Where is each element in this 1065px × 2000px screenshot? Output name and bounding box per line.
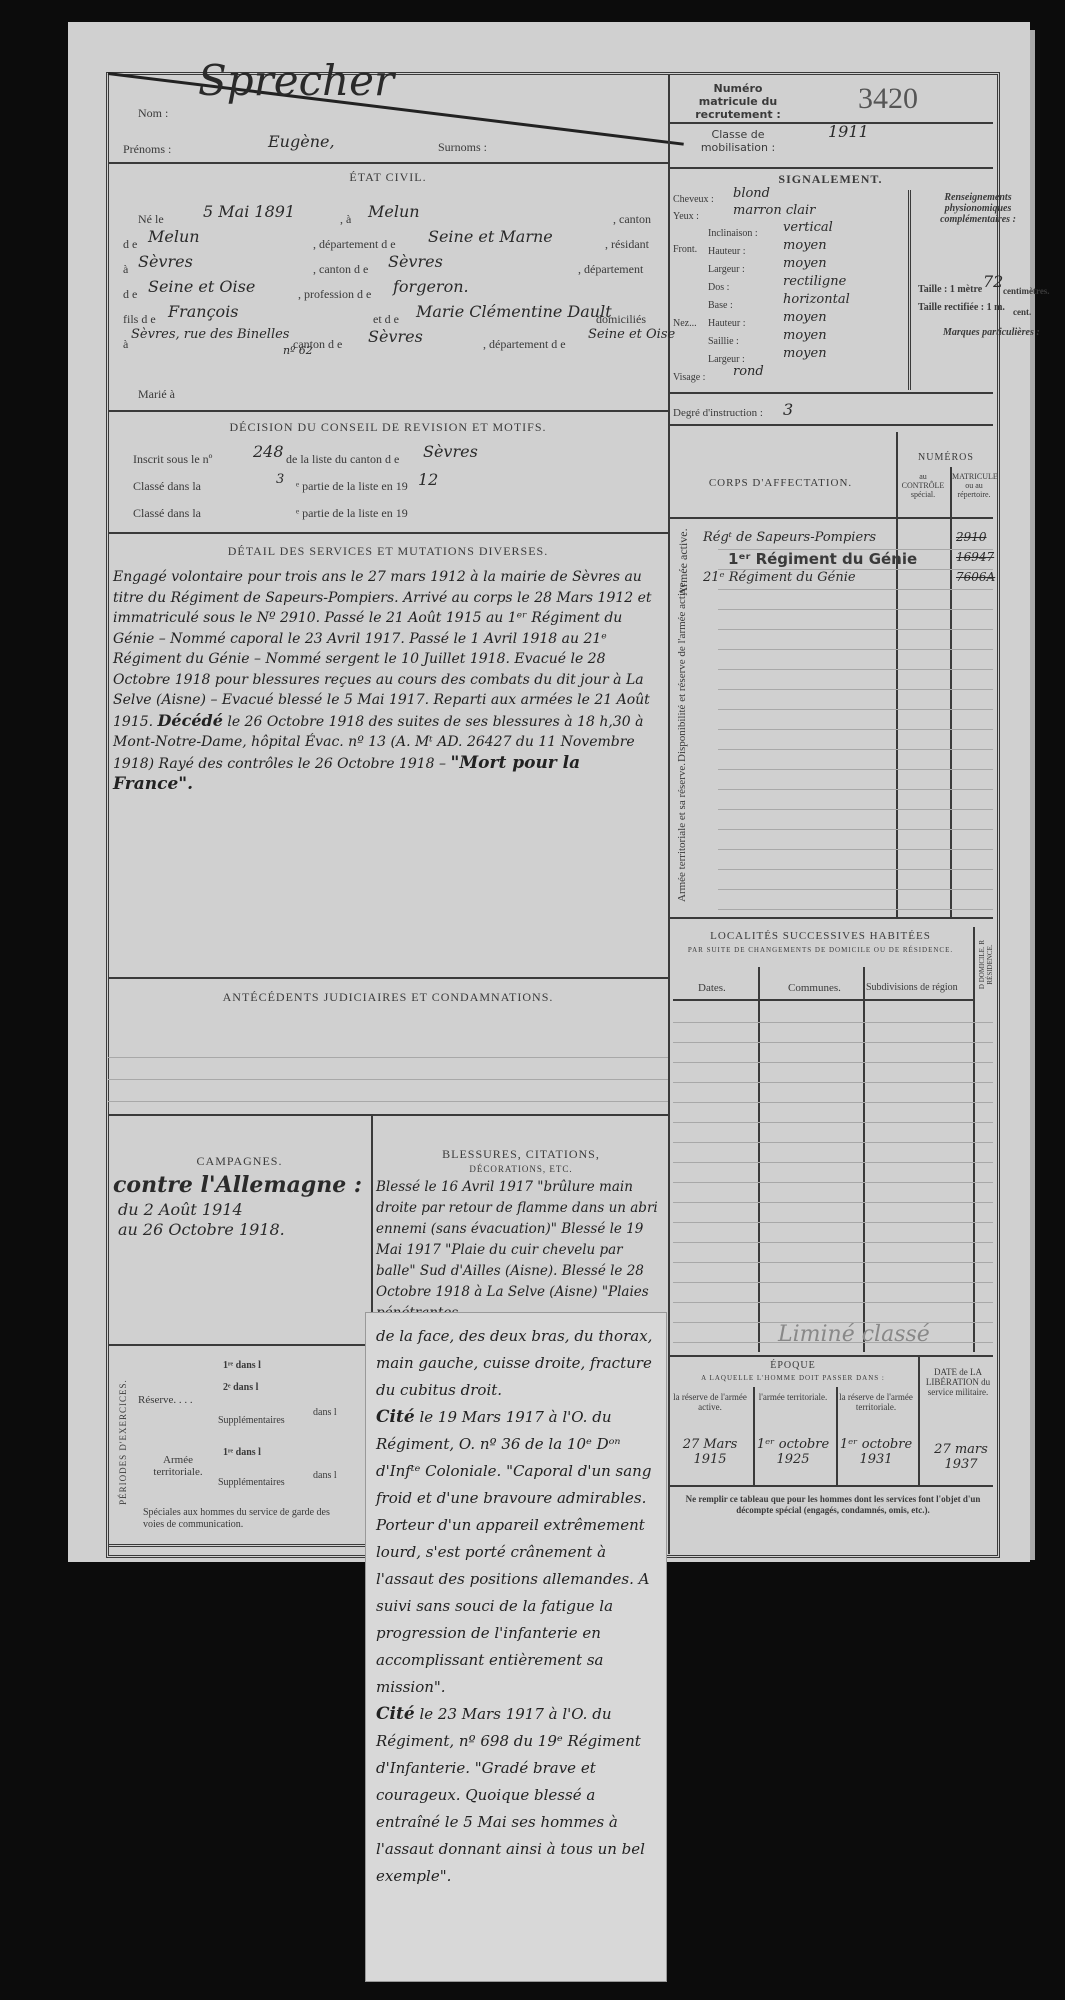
marie-label: Marié à [138,387,175,402]
note-citation-2: le 23 Mars 1917 à l'O. du Régiment, nº 6… [376,1705,645,1885]
note-body: de la face, des deux bras, du thorax, ma… [376,1323,661,1890]
rule [673,1102,993,1103]
cite-word-2: Cité [376,1704,415,1724]
rule [718,829,993,830]
reserve-label: Réserve. . . . [138,1394,193,1406]
departement2-label: , département [578,262,643,277]
etat-civil-heading: ÉTAT CIVIL. [108,170,668,185]
front-field-label: Hauteur : [708,246,746,257]
surnoms-label: Surnoms : [438,140,487,155]
epoque-col-value: 27 Mars 1915 [670,1437,750,1467]
profession-value: forgeron. [393,277,469,296]
blessures-heading: BLESSURES, CITATIONS, [371,1147,671,1162]
ne-le-value: 5 Mai 1891 [203,202,295,221]
front-field-label: Inclinaison : [708,228,758,239]
epoque-col-value: 1ᵉʳ octobre 1925 [753,1437,833,1467]
services-text: Engagé volontaire pour trois ans le 27 m… [113,567,663,796]
renseignements-label: Renseignements physionomiques complément… [918,192,1038,225]
rule [718,549,993,550]
divider [668,392,993,394]
divider [668,1485,993,1487]
rule [673,1022,993,1023]
degre-instruction-value: 3 [783,400,793,419]
note-citation-1: le 19 Mars 1917 à l'O. du Régiment, O. n… [376,1408,651,1696]
epoque-col-label: la réserve de l'armée active. [670,1392,750,1412]
liberation-value: 27 mars 1937 [926,1442,996,1472]
divider [973,927,975,1352]
cite-word-1: Cité [376,1407,415,1427]
rule [718,609,993,610]
rule [108,1079,668,1080]
marques-label: Marques particulières : [943,327,1040,338]
nom-label: Nom : [138,106,168,121]
rule [718,769,993,770]
divider [908,190,911,390]
divider [668,424,993,426]
speciales-label: Spéciales aux hommes du service de garde… [143,1507,353,1531]
col-domicile-residence: D DOMICILE. R RÉSIDENCE. [978,932,994,997]
decision-heading: DÉCISION DU CONSEIL DE REVISION ET MOTIF… [108,420,668,435]
divider [108,1114,668,1116]
rule [718,809,993,810]
divider [668,517,993,519]
liberation-label: DATE de LA LIBÉRATION du service militai… [923,1367,993,1397]
a-label: , à [340,212,351,227]
prenoms-value: Eugène, [268,132,335,151]
campagne-title: contre l'Allemagne : [113,1172,362,1198]
localites-subheading: PAR SUITE DE CHANGEMENTS DE DOMICILE OU … [668,946,973,954]
divider [863,967,865,1352]
canton3-value: Sèvres [368,327,423,346]
antecedents-heading: ANTÉCÉDENTS JUDICIAIRES ET CONDAMNATIONS… [108,990,668,1005]
nom-value: Sprecher [198,56,394,105]
nez-field-value: horizontal [783,292,850,307]
rule [718,869,993,870]
taille-rectifiee-label: Taille rectifiée : 1 m. [918,302,1005,313]
classe1-label: Classé dans la [133,479,201,494]
rule [673,1242,993,1243]
prenoms-label: Prénoms : [123,142,171,157]
residant-a-label: à [123,262,128,277]
visage-value: rond [733,364,764,379]
epoque-col-label: l'armée territoriale. [753,1392,833,1402]
matricule-entry: 16947 [956,550,994,564]
nez-field-label: Hauteur : [708,318,746,329]
matricule-entry: 2910 [956,530,987,544]
nez-field-value: rectiligne [783,274,846,289]
departement-value: Seine et Marne [428,227,553,246]
divider [668,424,670,1554]
rule [673,1202,993,1203]
front-field-value: moyen [783,256,827,271]
rule [718,709,993,710]
divider [918,1355,920,1485]
periodes-side-label: PÉRIODES D'EXERCICES. [118,1362,128,1522]
nez-field-label: Base : [708,300,733,311]
taille-value: 72 [983,272,1003,291]
sig-label: Yeux : [673,211,699,222]
divider [108,977,668,979]
disponibilite-label: Disponibilité et réserve de l'armée acti… [676,632,688,762]
divider [668,74,670,424]
epoque-col-label: la réserve de l'armée territoriale. [836,1392,916,1412]
nez-field-value: moyen [783,346,827,361]
rule [673,1162,993,1163]
classe1-value: 3 [276,472,284,487]
rule [108,1057,668,1058]
divider [758,967,760,1352]
rule [718,669,993,670]
rule [673,1042,993,1043]
epoque-footnote: Ne remplir ce tableau que pour les homme… [678,1494,988,1516]
rule [718,649,993,650]
front-label: Front. [673,244,697,255]
col-dates: Dates. [698,982,726,994]
dept2-prefix: d e [123,287,137,302]
canton-label: , canton [613,212,651,227]
divider [673,999,973,1001]
classe2-suffix: ᵉ partie de la liste en 19 [296,506,408,521]
rule [718,569,993,570]
blessures-text: Blessé le 16 Avril 1917 "brûlure main dr… [376,1177,666,1324]
reserve-supp-dans: dans l [313,1407,337,1418]
localites-annotation: Liminé classé [778,1322,930,1347]
matricule-value: 3420 [858,82,918,116]
front-field-value: vertical [783,220,833,235]
liste-value: Sèvres [423,442,478,461]
divider [668,1355,993,1357]
rule [718,789,993,790]
deces-word: Décédé [158,711,223,730]
rule [108,1101,668,1102]
taille-label: Taille : 1 mètre [918,284,982,295]
reserve-supplementaires: Supplémentaires [218,1415,285,1426]
rule [673,1062,993,1063]
numeros-heading: NUMÉROS [896,452,996,463]
divider [108,162,668,164]
territoriale-supplementaires: Supplémentaires [218,1477,285,1488]
visage-label: Visage : [673,372,705,383]
rule [718,749,993,750]
territoriale-corps-label: Armée territoriale et sa réserve. [676,772,688,902]
profession-label: , profession d e [298,287,371,302]
nez-label: Nez... [673,318,697,329]
nez-field-value: moyen [783,310,827,325]
fils-label: fils d e [123,312,156,327]
liste-label: de la liste du canton d e [286,452,399,467]
rule [718,849,993,850]
rule [718,629,993,630]
col-subdivisions: Subdivisions de région [866,982,958,993]
blessures-subheading: DÉCORATIONS, ETC. [371,1164,671,1174]
divider [668,917,993,919]
rule [718,589,993,590]
departement-label: , département d e [313,237,396,252]
de-label: d e [123,237,137,252]
corps-heading: CORPS D'AFFECTATION. [668,477,893,489]
classe1-suffix: ᵉ partie de la liste en 19 [296,479,408,494]
rule [718,689,993,690]
rule [673,1282,993,1283]
rule [673,1262,993,1263]
ne-le-label: Né le [138,212,164,227]
rule [718,909,993,910]
col-controle: au CONTRÔLE spécial. [898,472,948,499]
front-field-label: Largeur : [708,264,745,275]
classe1-year: 12 [418,470,438,489]
inscrit-label: Inscrit sous le nº [133,452,212,467]
services-heading: DÉTAIL DES SERVICES ET MUTATIONS DIVERSE… [108,544,668,559]
residant-label: , résidant [605,237,649,252]
sig-label: Cheveux : [673,194,714,205]
matricule-entry: 7606A [956,570,995,584]
territoriale-supp-dans: dans l [313,1470,337,1481]
taille-rectifiee-unit: cent. [1013,307,1031,317]
divider [108,532,668,534]
rule [673,1182,993,1183]
classe-label: Classe de mobilisation : [683,128,793,154]
reserve-row-1: 1ʳᵉ dans l [223,1360,261,1371]
domicile-prefix: à [123,337,128,352]
departement3-label: , département d e [483,337,566,352]
mere-label: et d e [373,312,399,327]
rule [673,1142,993,1143]
degre-instruction-label: Degré d'instruction : [673,407,763,419]
territoriale-label: Armée territoriale. [148,1454,208,1478]
canton2-label: , canton d e [313,262,368,277]
rule [673,1082,993,1083]
pere-value: François [168,302,239,321]
divider [836,1387,838,1485]
sig-value: marron clair [733,203,815,218]
matricule-label: Numéro matricule du recrutement : [683,82,793,121]
departement3-value: Seine et Oise [588,327,675,342]
corps-entry: 21ᵉ Régiment du Génie [703,570,856,585]
campagne-end: au 26 Octobre 1918. [118,1220,285,1239]
col-communes: Communes. [788,982,841,994]
rule [673,1122,993,1123]
col-matricule: MATRICULE ou au répertoire. [952,472,996,499]
nez-field-value: moyen [783,328,827,343]
epoque-heading: ÉPOQUE [668,1360,918,1371]
mere-value: Marie Clémentine Dault [416,302,612,321]
epoque-col-value: 1ᵉʳ octobre 1931 [836,1437,916,1467]
canton3-label: canton d e [293,337,342,352]
territoriale-row-1: 1ʳᵉ dans l [223,1447,261,1458]
inscrit-value: 248 [253,442,284,461]
dept2-value: Seine et Oise [148,277,255,296]
residant-value: Sèvres [138,252,193,271]
rule [673,1302,993,1303]
signalement-heading: SIGNALEMENT. [668,172,993,187]
divider [753,1387,755,1485]
campagnes-heading: CAMPAGNES. [108,1154,371,1169]
rule [718,889,993,890]
pasted-citation-note: de la face, des deux bras, du thorax, ma… [365,1312,667,1982]
localites-heading: LOCALITÉS SUCCESSIVES HABITÉES [668,930,973,942]
canton-value: Melun [148,227,200,246]
corps-entry: Régᵗ de Sapeurs-Pompiers [703,530,876,545]
divider [668,167,993,169]
domicilies-label: domiciliés [596,312,646,327]
note-blessures: de la face, des deux bras, du thorax, ma… [376,1327,652,1399]
front-field-value: moyen [783,238,827,253]
epoque-subheading: A LAQUELLE L'HOMME DOIT PASSER DANS : [668,1374,918,1382]
reserve-row-2: 2ᵉ dans l [223,1382,258,1393]
canton2-value: Sèvres [388,252,443,271]
lieu-naissance-value: Melun [368,202,420,221]
classe2-label: Classé dans la [133,506,201,521]
classe-value: 1911 [828,122,869,141]
campagne-start: du 2 Août 1914 [118,1200,243,1219]
domicile-value: Sèvres, rue des Binelles [131,327,289,342]
rule [718,729,993,730]
nez-field-label: Saillie : [708,336,739,347]
nez-field-label: Dos : [708,282,729,293]
corps-entry: 1ᵉʳ Régiment du Génie [728,550,917,568]
divider [108,410,668,412]
rule [673,1222,993,1223]
divider [896,432,898,917]
services-body: Engagé volontaire pour trois ans le 27 m… [113,569,652,730]
taille-unit: centimètres. [1003,286,1050,296]
sig-value: blond [733,186,770,201]
